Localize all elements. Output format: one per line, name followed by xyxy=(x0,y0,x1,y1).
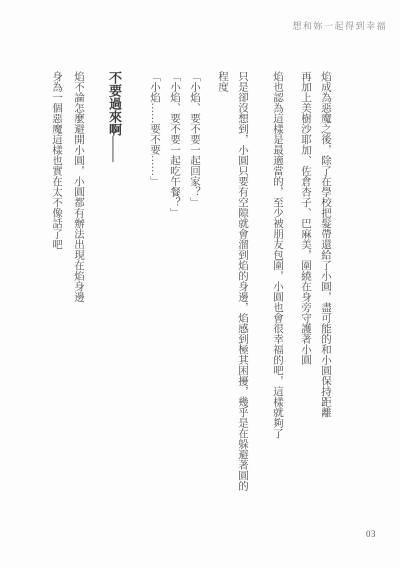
paragraph: 焰也認為這樣是最適當的，至少被朋友包圍，小圓也會很幸福的吧，這樣就夠了 xyxy=(267,71,287,495)
book-page: 想和妳一起得到幸福 焰成為惡魔之後，除了在學校把髮帶還給了小圓，盡可能的和小圓保… xyxy=(0,0,400,567)
page-number: 03 xyxy=(366,529,376,539)
running-head: 想和妳一起得到幸福 xyxy=(292,19,387,32)
emphasis-line: 不要過來啊—— xyxy=(102,71,126,495)
paragraph: 焰成為惡魔之後，除了在學校把髮帶還給了小圓，盡可能的和小圓保持距離 xyxy=(315,71,335,495)
dialogue-line: 「小焰……要不要……」 xyxy=(144,71,164,495)
dialogue-line: 「小焰、要不要一起吃午餐？」 xyxy=(164,71,184,495)
text-body: 焰成為惡魔之後，除了在學校把髮帶還給了小圓，盡可能的和小圓保持距離 再加上美樹沙… xyxy=(40,71,335,495)
paragraph: 只是卻沒想到，小圓只要有空隙就會溜到焰的身邊，焰感到極其困擾，幾乎是在躲避著圓的… xyxy=(212,71,252,495)
dialogue-line: 「小焰、要不要一起回家？」 xyxy=(184,71,204,495)
paragraph: 身為一個惡魔這樣也實在太不像話了吧 xyxy=(46,71,66,495)
paragraph: 再加上美樹沙耶加、佐倉杏子、巴麻美，圍繞在身旁守護著小圓 xyxy=(295,71,315,495)
paragraph: 焰不論怎麼避開小圓，小圓都有辦法出現在焰身邊 xyxy=(68,71,88,495)
